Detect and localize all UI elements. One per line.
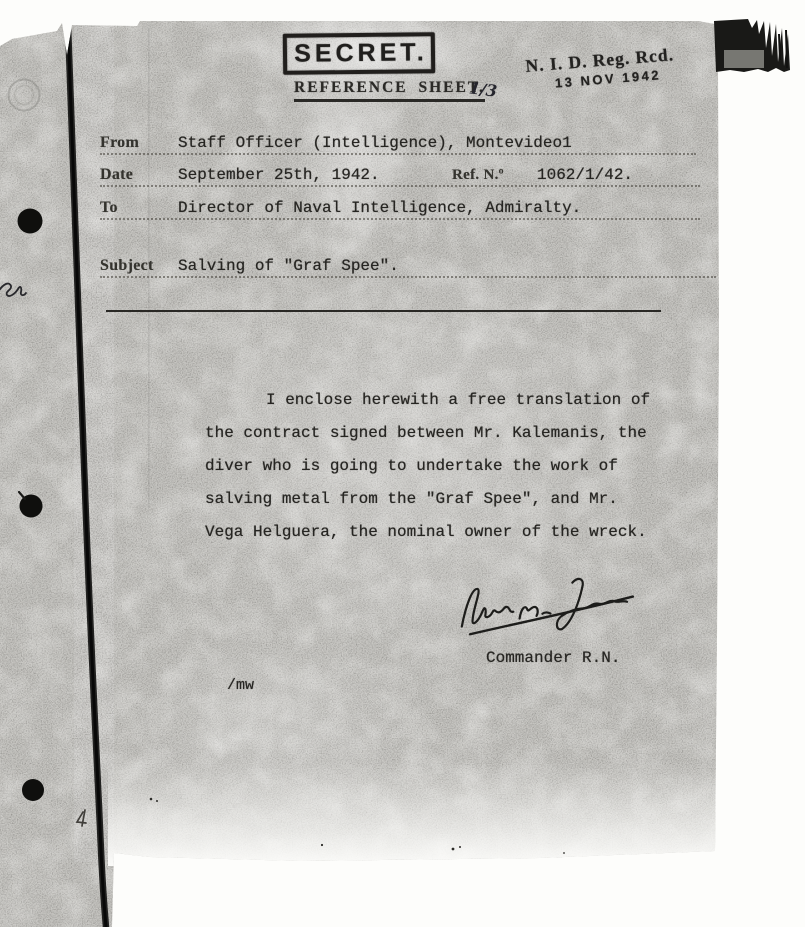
subject-label: Subject	[100, 257, 154, 275]
divider-rule	[106, 310, 661, 312]
scanned-document-page: SECRET. REFERENCE SHEET. 1/3 N. I. D. Re…	[0, 0, 805, 927]
secret-stamp: SECRET.	[283, 32, 435, 75]
body-line: diver who is going to undertake the work…	[205, 457, 618, 475]
field-row-from: From Staff Officer (Intelligence), Monte…	[100, 133, 696, 155]
from-value: Staff Officer (Intelligence), Montevideo…	[178, 134, 572, 152]
bottom-fade	[108, 760, 724, 866]
secret-stamp-text: SECRET.	[290, 38, 428, 68]
body-line: the contract signed between Mr. Kalemani…	[205, 424, 647, 442]
from-label: From	[100, 134, 139, 152]
tape-mark	[714, 19, 790, 72]
field-row-subject: Subject Salving of "Graf Spee".	[100, 252, 716, 278]
to-label: To	[100, 199, 118, 217]
field-row-date: Date September 25th, 1942. Ref. N.º 1062…	[100, 165, 700, 187]
date-value: September 25th, 1942.	[178, 166, 380, 184]
subject-value: Salving of "Graf Spee".	[178, 257, 399, 275]
field-row-to: To Director of Naval Intelligence, Admir…	[100, 198, 700, 220]
punch-hole-top	[18, 209, 43, 234]
sheet-number-annotation: 1/3	[468, 78, 498, 100]
body-line: Vega Helguera, the nominal owner of the …	[205, 523, 647, 541]
ref-number-label: Ref. N.º	[452, 167, 504, 184]
typist-initials: /mw	[227, 677, 254, 694]
reference-sheet-title: REFERENCE SHEET.	[294, 79, 485, 102]
date-label: Date	[100, 166, 133, 184]
body-line: I enclose herewith a free translation of	[266, 391, 650, 409]
signature-title: Commander R.N.	[486, 649, 620, 667]
punch-hole-bottom	[22, 779, 44, 801]
to-value: Director of Naval Intelligence, Admiralt…	[178, 199, 581, 217]
ref-number-value: 1062/1/42.	[537, 166, 633, 184]
body-line: salving metal from the "Graf Spee", and …	[205, 490, 618, 508]
